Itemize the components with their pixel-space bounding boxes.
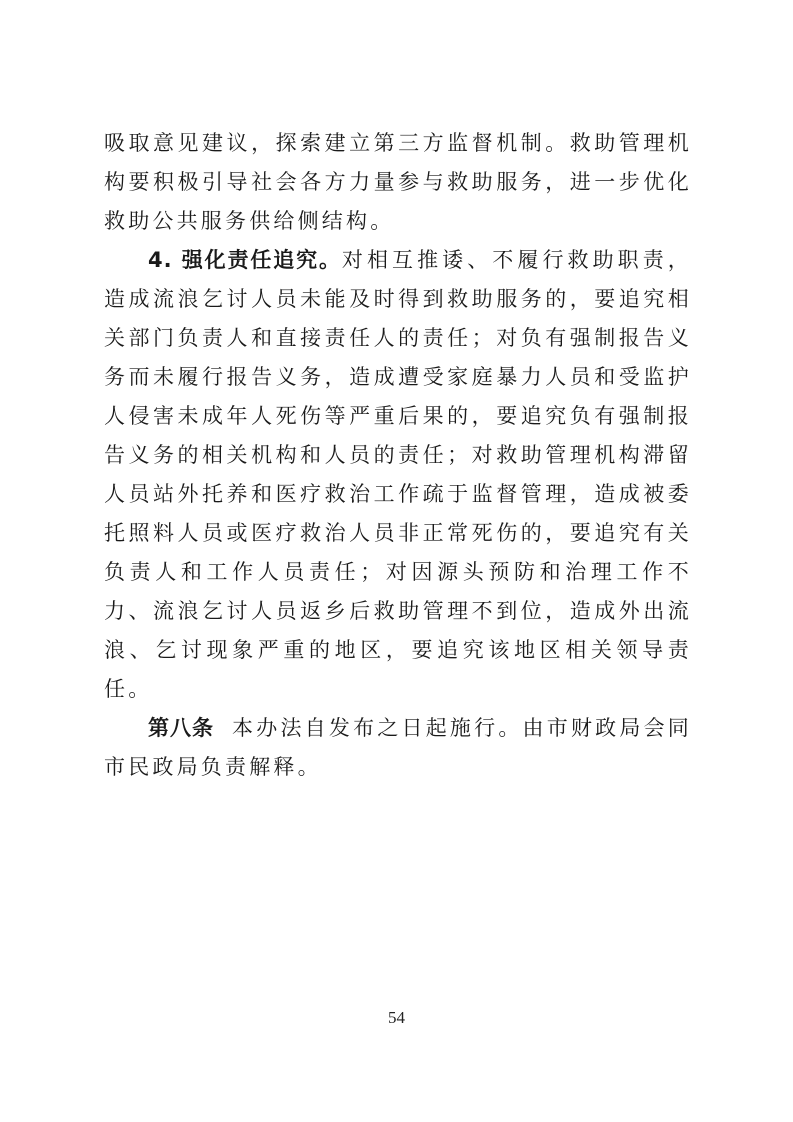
paragraph-text: 吸取意见建议，探索建立第三方监督机制。救助管理机构要积极引导社会各方力量参与救助…: [104, 131, 692, 233]
paragraph-article-eight: 第八条本办法自发布之日起施行。由市财政局会同市民政局负责解释。: [104, 709, 692, 787]
page-number: 54: [0, 1008, 793, 1028]
document-page: 吸取意见建议，探索建立第三方监督机制。救助管理机构要积极引导社会各方力量参与救助…: [104, 124, 692, 787]
paragraph-responsibility: 4. 强化责任追究。对相互推诿、不履行救助职责，造成流浪乞讨人员未能及时得到救助…: [104, 241, 692, 709]
paragraph-continuation: 吸取意见建议，探索建立第三方监督机制。救助管理机构要积极引导社会各方力量参与救助…: [104, 124, 692, 241]
section-heading: 4. 强化责任追究。: [148, 248, 342, 272]
paragraph-text: 对相互推诿、不履行救助职责，造成流浪乞讨人员未能及时得到救助服务的，要追究相关部…: [104, 248, 692, 701]
article-label: 第八条: [148, 716, 214, 740]
